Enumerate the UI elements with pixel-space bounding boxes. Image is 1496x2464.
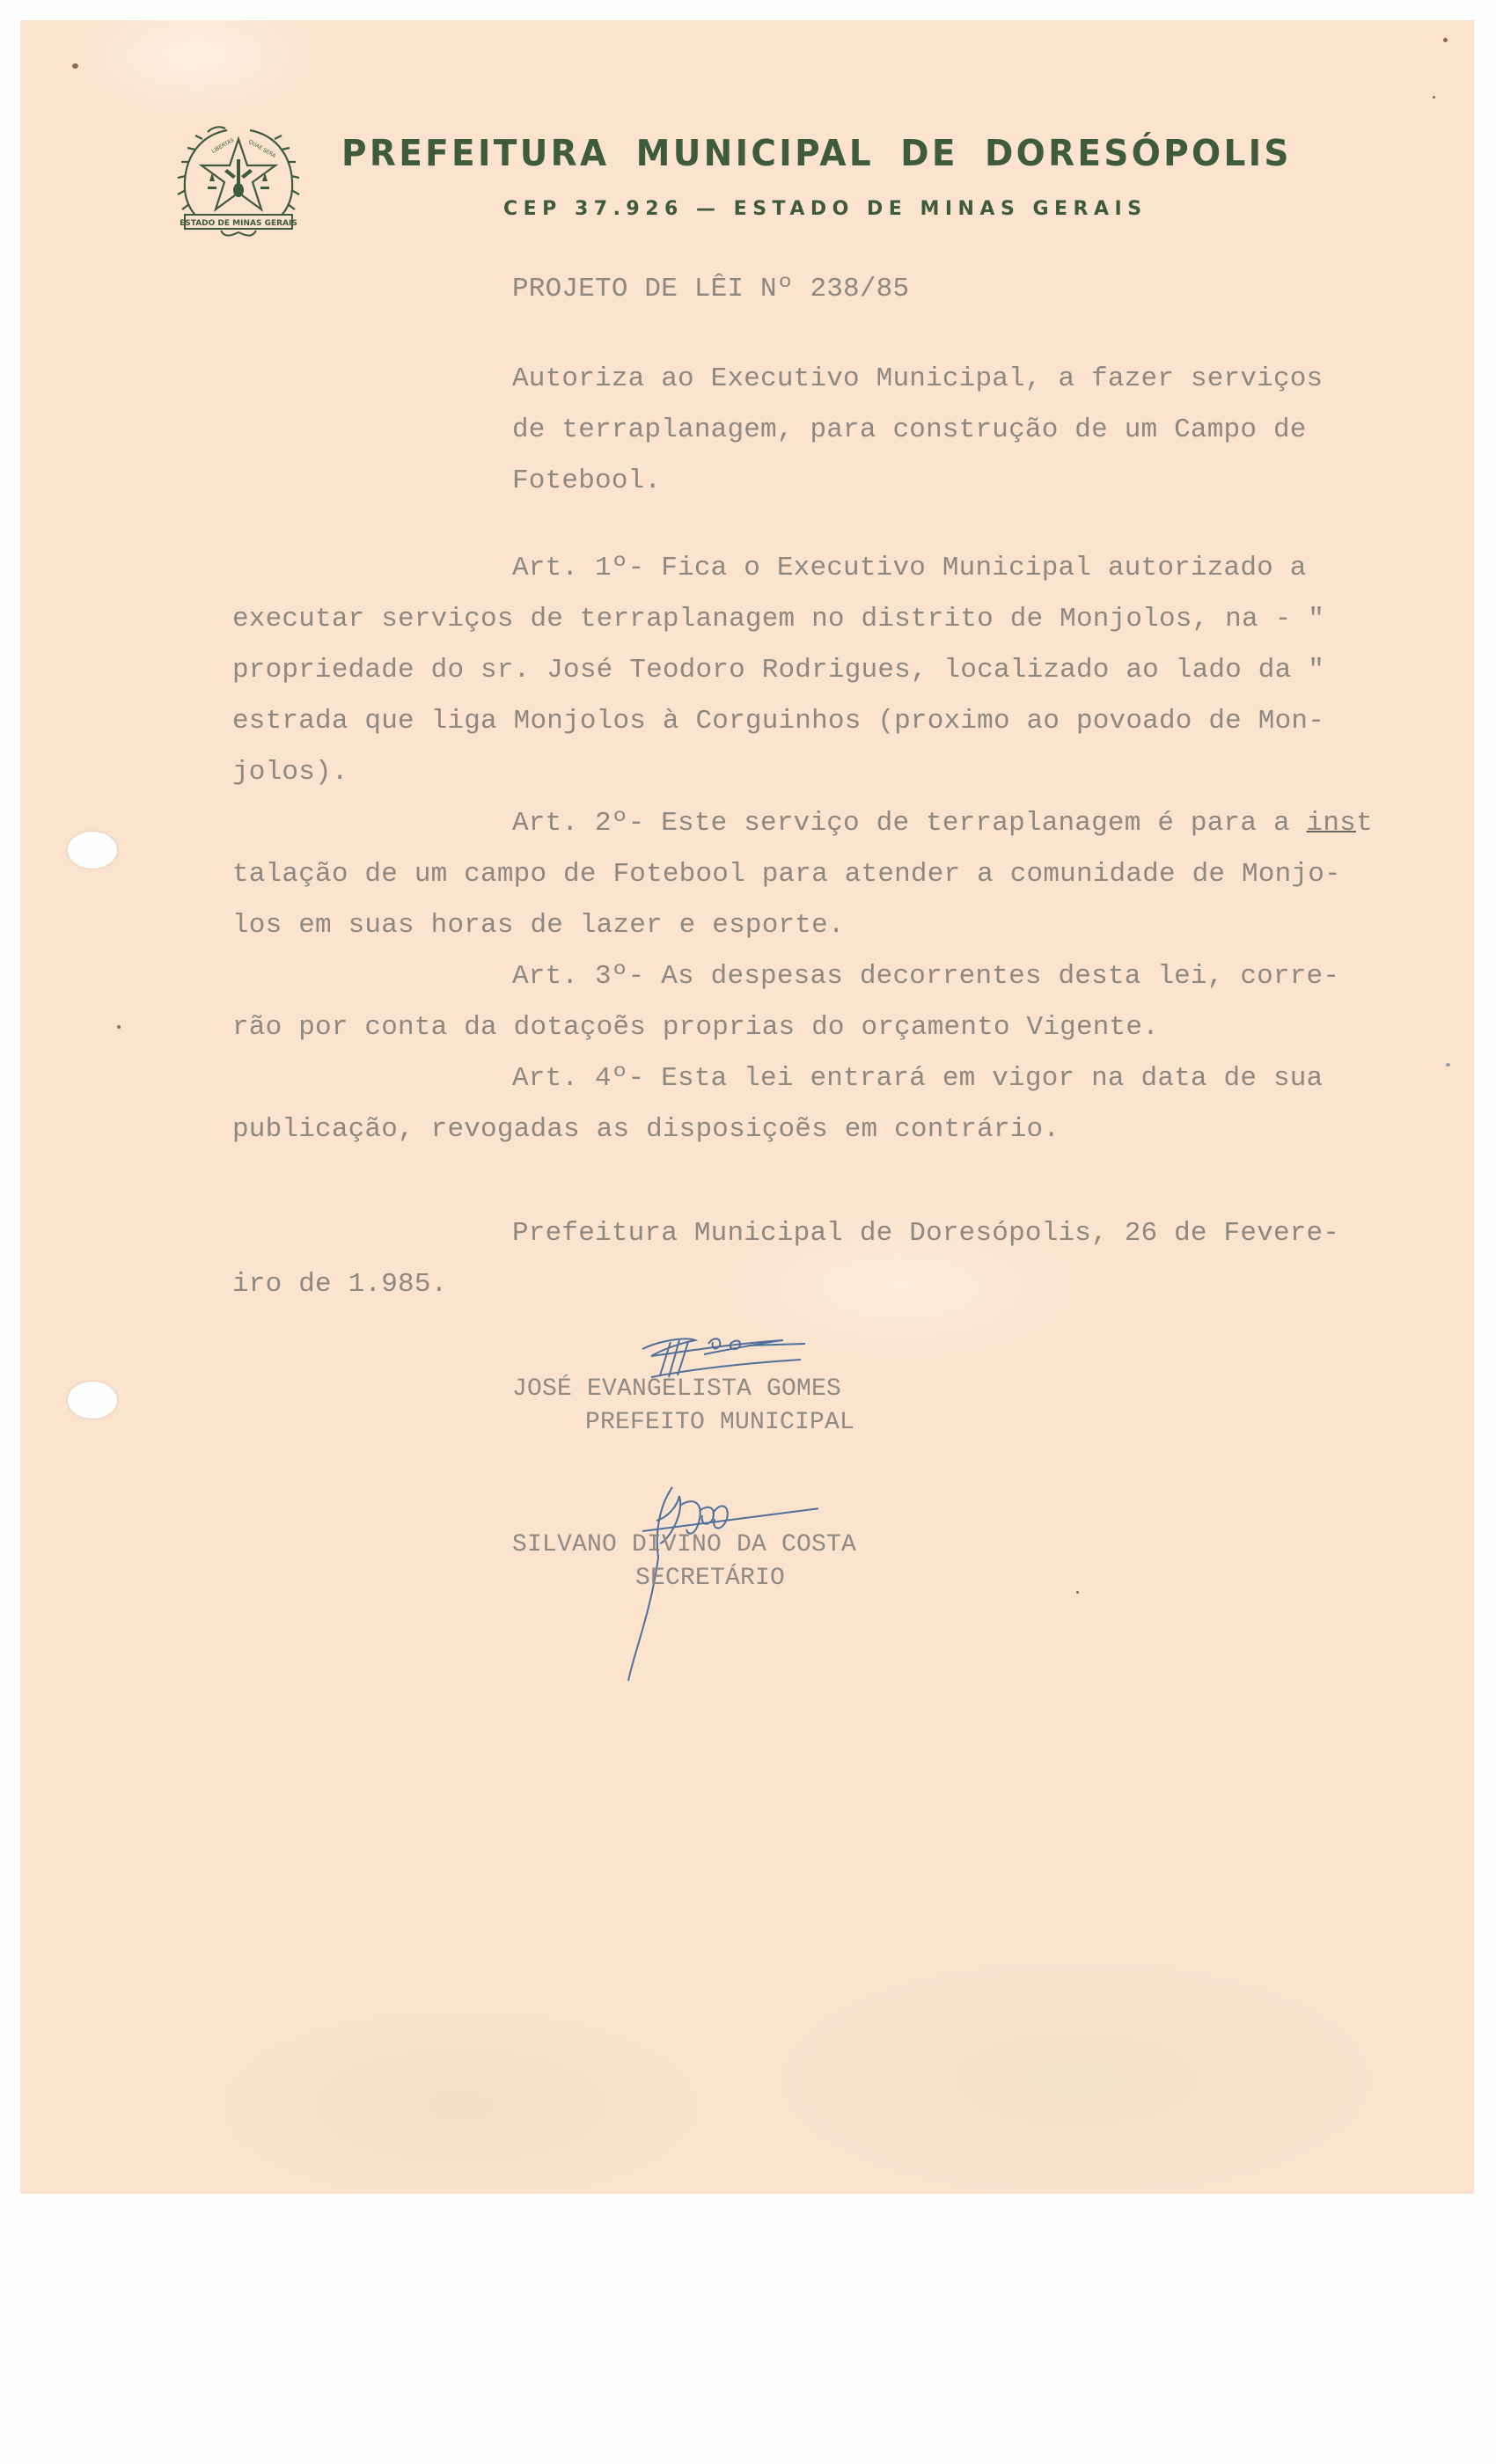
bill-heading: PROJETO DE LÊI Nº 238/85 [512, 275, 909, 303]
summary-line-3: Fotebool. [512, 467, 661, 495]
document-page [20, 20, 1474, 2194]
article-3-line-2: rão por conta da dotaçoẽs proprias do or… [232, 1014, 1159, 1041]
secretary-name: SILVANO DIVINO DA COSTA [512, 1533, 856, 1558]
article-2-line-1: Art. 2º- Este serviço de terraplanagem é… [512, 810, 1373, 837]
letterhead-subtitle: CEP 37.926 — ESTADO DE MINAS GERAIS [503, 198, 1148, 220]
paper-speck [1433, 96, 1435, 99]
paper-speck [72, 63, 78, 69]
article-4-line-1: Art. 4º- Esta lei entrará em vigor na da… [512, 1065, 1323, 1092]
mayor-name: JOSÉ EVANGELISTA GOMES [512, 1377, 841, 1402]
letterhead-title: PREFEITURA MUNICIPAL DE DORESÓPOLIS [341, 132, 1311, 174]
emblem-ribbon-label: ESTADO DE MINAS GERAIS [180, 219, 297, 228]
paper-speck [1446, 1063, 1450, 1067]
emblem-motto-right: QUAE SERA [247, 139, 277, 160]
emblem-motto-left: LIBERTAS [211, 137, 236, 155]
coat-of-arms-emblem: LIBERTAS QUAE SERA ESTADO DE MINAS GERAI… [172, 120, 304, 243]
closing-line-1: Prefeitura Municipal de Doresópolis, 26 … [512, 1220, 1339, 1247]
article-2-line-3: los em suas horas de lazer e esporte. [232, 912, 845, 939]
article-1-line-3: propriedade do sr. José Teodoro Rodrigue… [232, 656, 1324, 684]
article-4-line-2: publicação, revogadas as disposiçoẽs em … [232, 1116, 1060, 1143]
secretary-role: SECRETÁRIO [635, 1566, 785, 1591]
article-2-line-2: talação de um campo de Fotebool para ate… [232, 861, 1341, 888]
article-1-line-4: estrada que liga Monjolos à Corguinhos (… [232, 708, 1324, 735]
paper-speck [117, 1025, 121, 1029]
summary-line-1: Autoriza ao Executivo Municipal, a fazer… [512, 365, 1323, 392]
closing-line-2: iro de 1.985. [232, 1271, 447, 1298]
punch-hole-bottom [68, 1382, 117, 1419]
emblem-icon: LIBERTAS QUAE SERA ESTADO DE MINAS GERAI… [172, 120, 304, 243]
article-2-line-1-tail: t [1356, 808, 1373, 839]
article-1-line-1: Art. 1º- Fica o Executivo Municipal auto… [512, 554, 1307, 582]
article-1-line-2: executar serviços de terraplanagem no di… [232, 605, 1324, 633]
article-2-correction-mark: ins [1307, 808, 1356, 839]
article-3-line-1: Art. 3º- As despesas decorrentes desta l… [512, 963, 1339, 990]
article-2-line-1-text: Art. 2º- Este serviço de terraplanagem é… [512, 808, 1307, 839]
summary-line-2: de terraplanagem, para construção de um … [512, 416, 1307, 444]
article-1-line-5: jolos). [232, 759, 348, 786]
paper-speck [1076, 1591, 1079, 1594]
punch-hole-top [68, 832, 117, 869]
paper-speck [1443, 38, 1448, 42]
mayor-role: PREFEITO MUNICIPAL [585, 1411, 854, 1435]
